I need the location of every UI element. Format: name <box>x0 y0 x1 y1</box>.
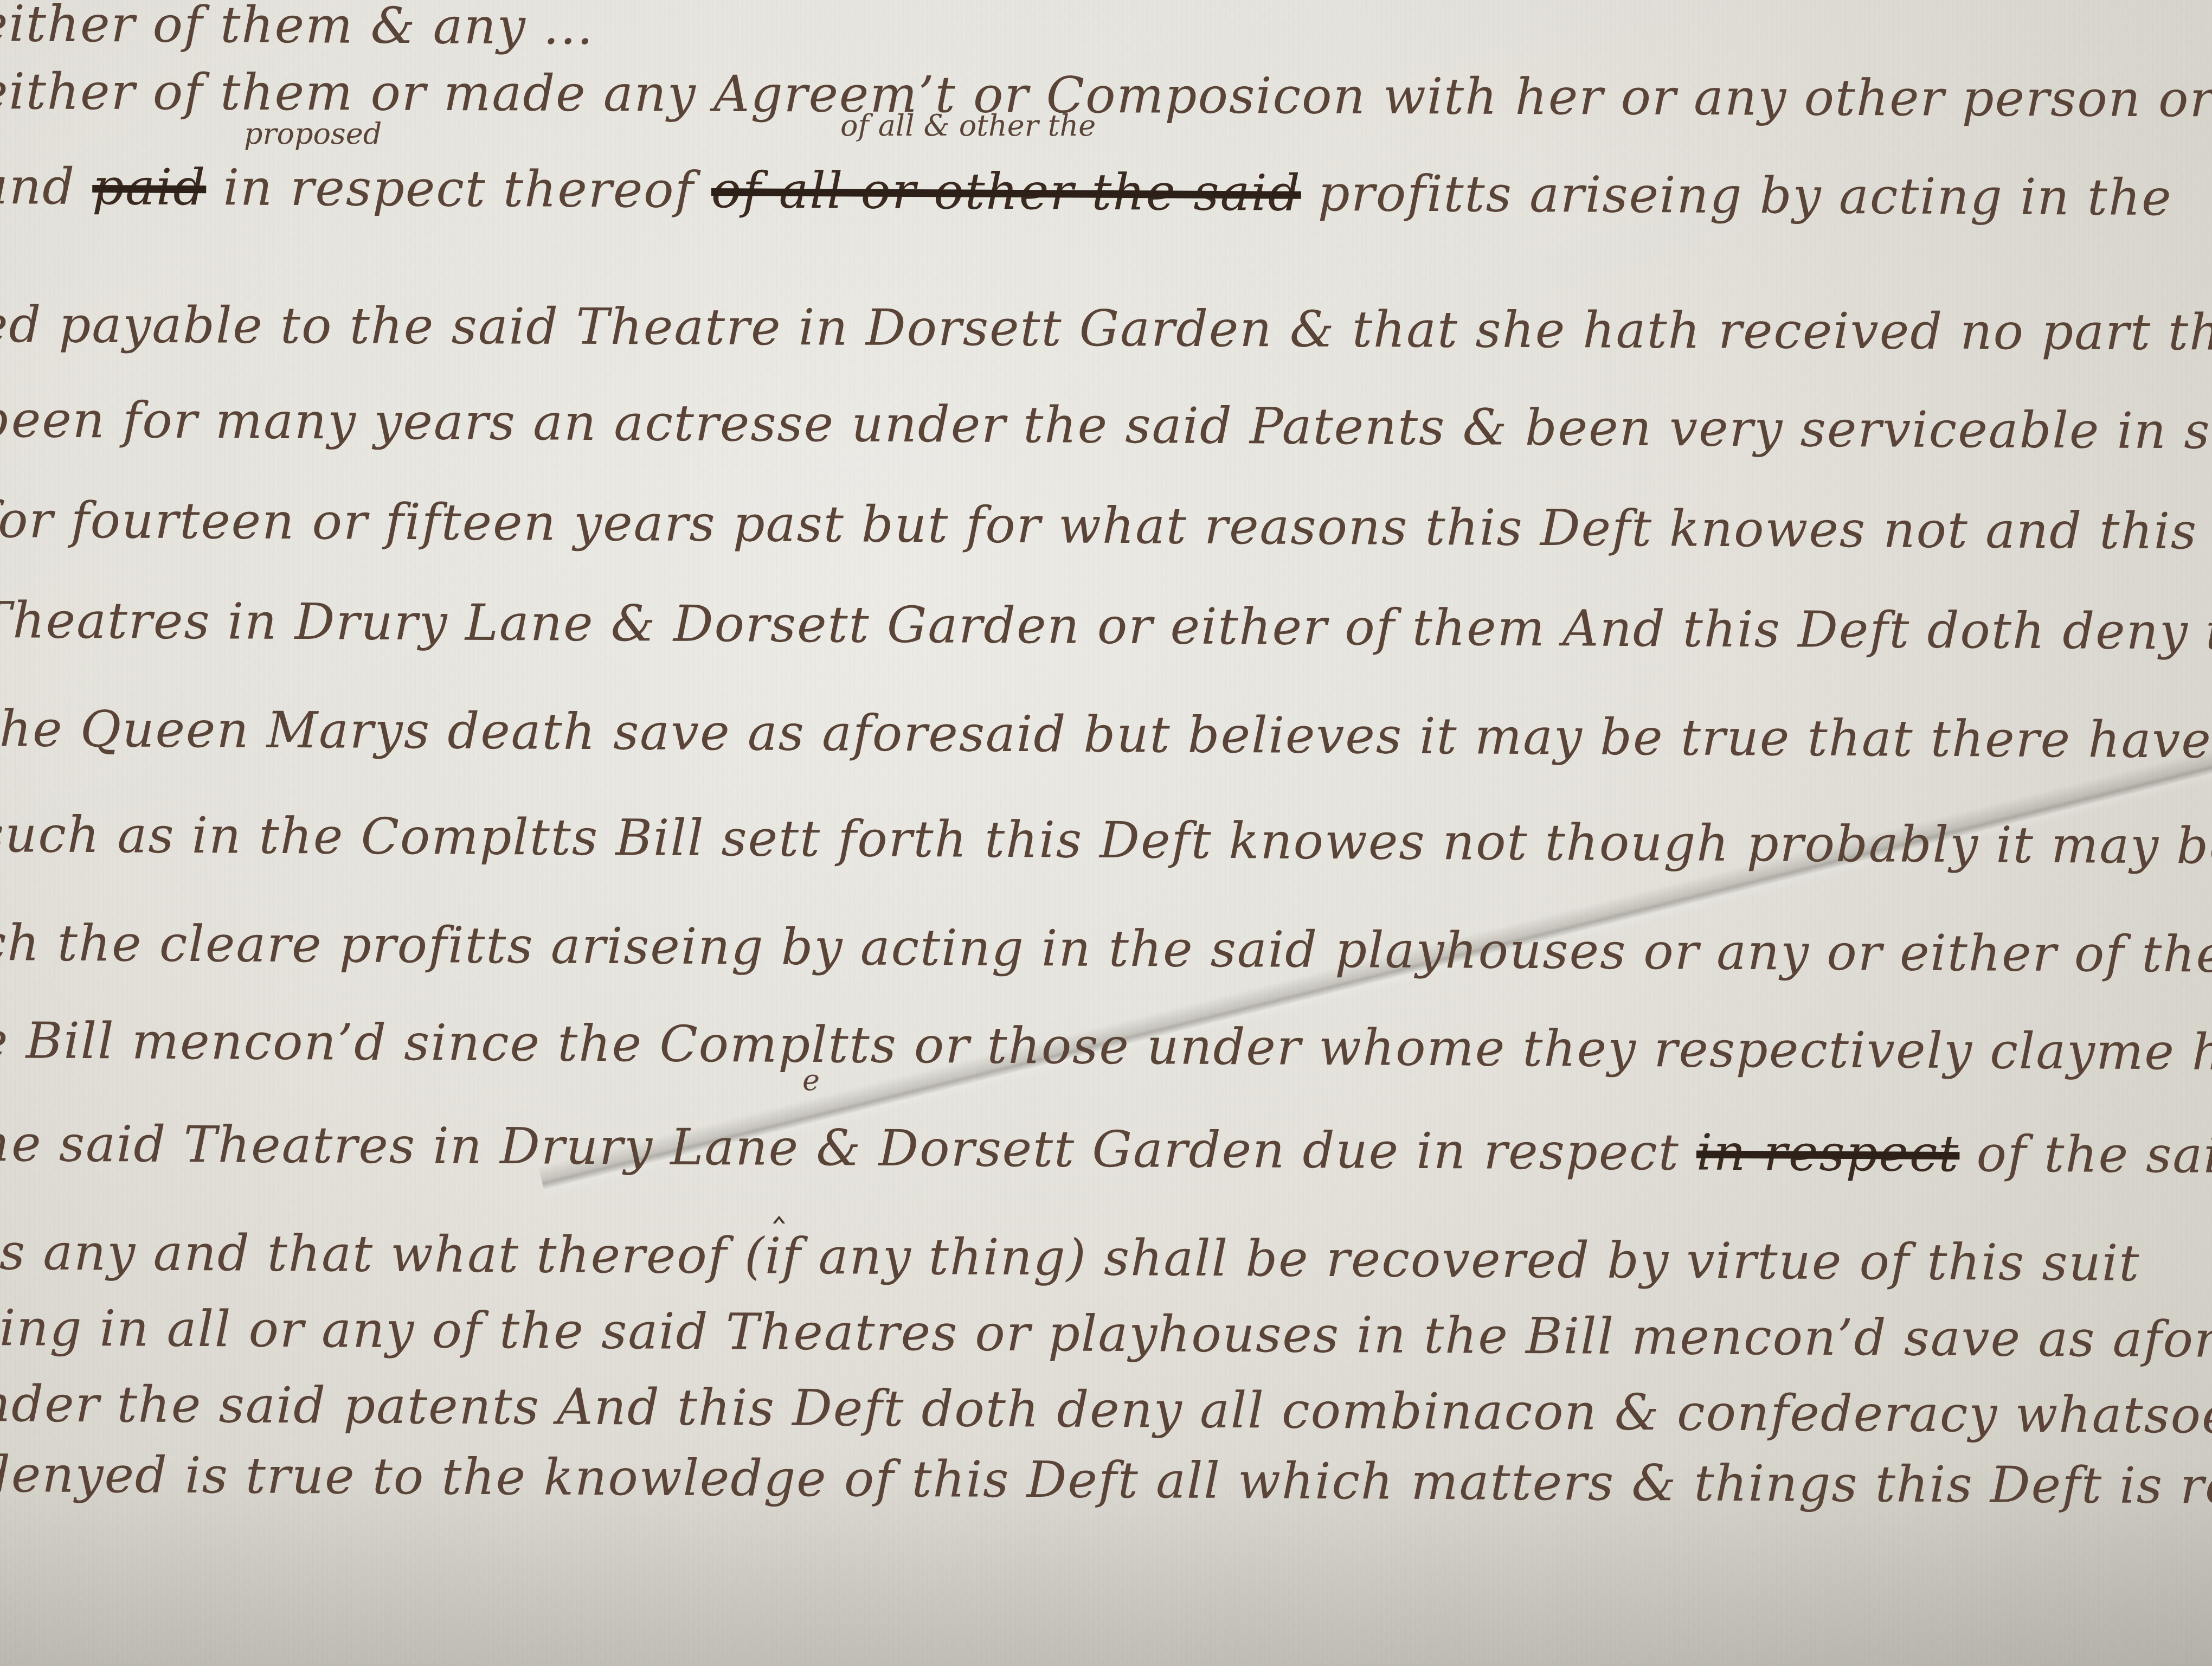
manuscript-line: ch the cleare profitts ariseing by actin… <box>0 914 2212 984</box>
manuscript-line: and paid in respect thereof of all or ot… <box>0 157 2172 227</box>
line-text: Theatres in Drury Lane & Dorsett Garden … <box>0 591 2212 662</box>
insertion-caret-icon: ‸ <box>773 1180 786 1224</box>
struck-through-word: paid <box>92 158 207 216</box>
line-text: profitts ariseing by acting in the <box>1301 164 2172 227</box>
manuscript-line: he said Theatres in Drury Lane & Dorsett… <box>0 1114 2212 1184</box>
manuscript-line: for fourteen or fifteen years past but f… <box>0 491 2212 561</box>
line-text: e Bill mencon’d since the Compltts or th… <box>0 1011 2212 1081</box>
manuscript-line: ed payable to the said Theatre in Dorset… <box>0 296 2212 362</box>
manuscript-line: e Bill mencon’d since the Compltts or th… <box>0 1011 2212 1081</box>
interlinear-insertion: proposed <box>244 117 382 151</box>
manuscript-line: ts any and that what thereof (if any thi… <box>0 1223 2140 1292</box>
line-text: and <box>0 157 93 216</box>
manuscript-line: Theatres in Drury Lane & Dorsett Garden … <box>0 591 2212 662</box>
manuscript-line: either of them & any ... <box>0 0 594 56</box>
interlinear-insertion: e <box>802 1063 820 1097</box>
struck-through-phrase: in respect <box>1696 1124 1960 1183</box>
interlinear-insertion: of all & other the <box>840 108 1096 143</box>
line-text: for fourteen or fifteen years past but f… <box>0 491 2212 561</box>
struck-through-phrase: of all or other the said <box>711 161 1301 222</box>
line-text: ch the cleare profitts ariseing by actin… <box>0 914 2212 984</box>
line-text: of the said p <box>1959 1125 2212 1184</box>
line-text: in respect thereof <box>206 158 711 219</box>
line-text: ts any and that what thereof (if any thi… <box>0 1223 2140 1292</box>
line-text: he said Theatres in Drury Lane & Dorsett… <box>0 1114 1696 1182</box>
line-text: ed payable to the said Theatre in Dorset… <box>0 296 2212 362</box>
line-text: either of them & any ... <box>0 0 594 56</box>
